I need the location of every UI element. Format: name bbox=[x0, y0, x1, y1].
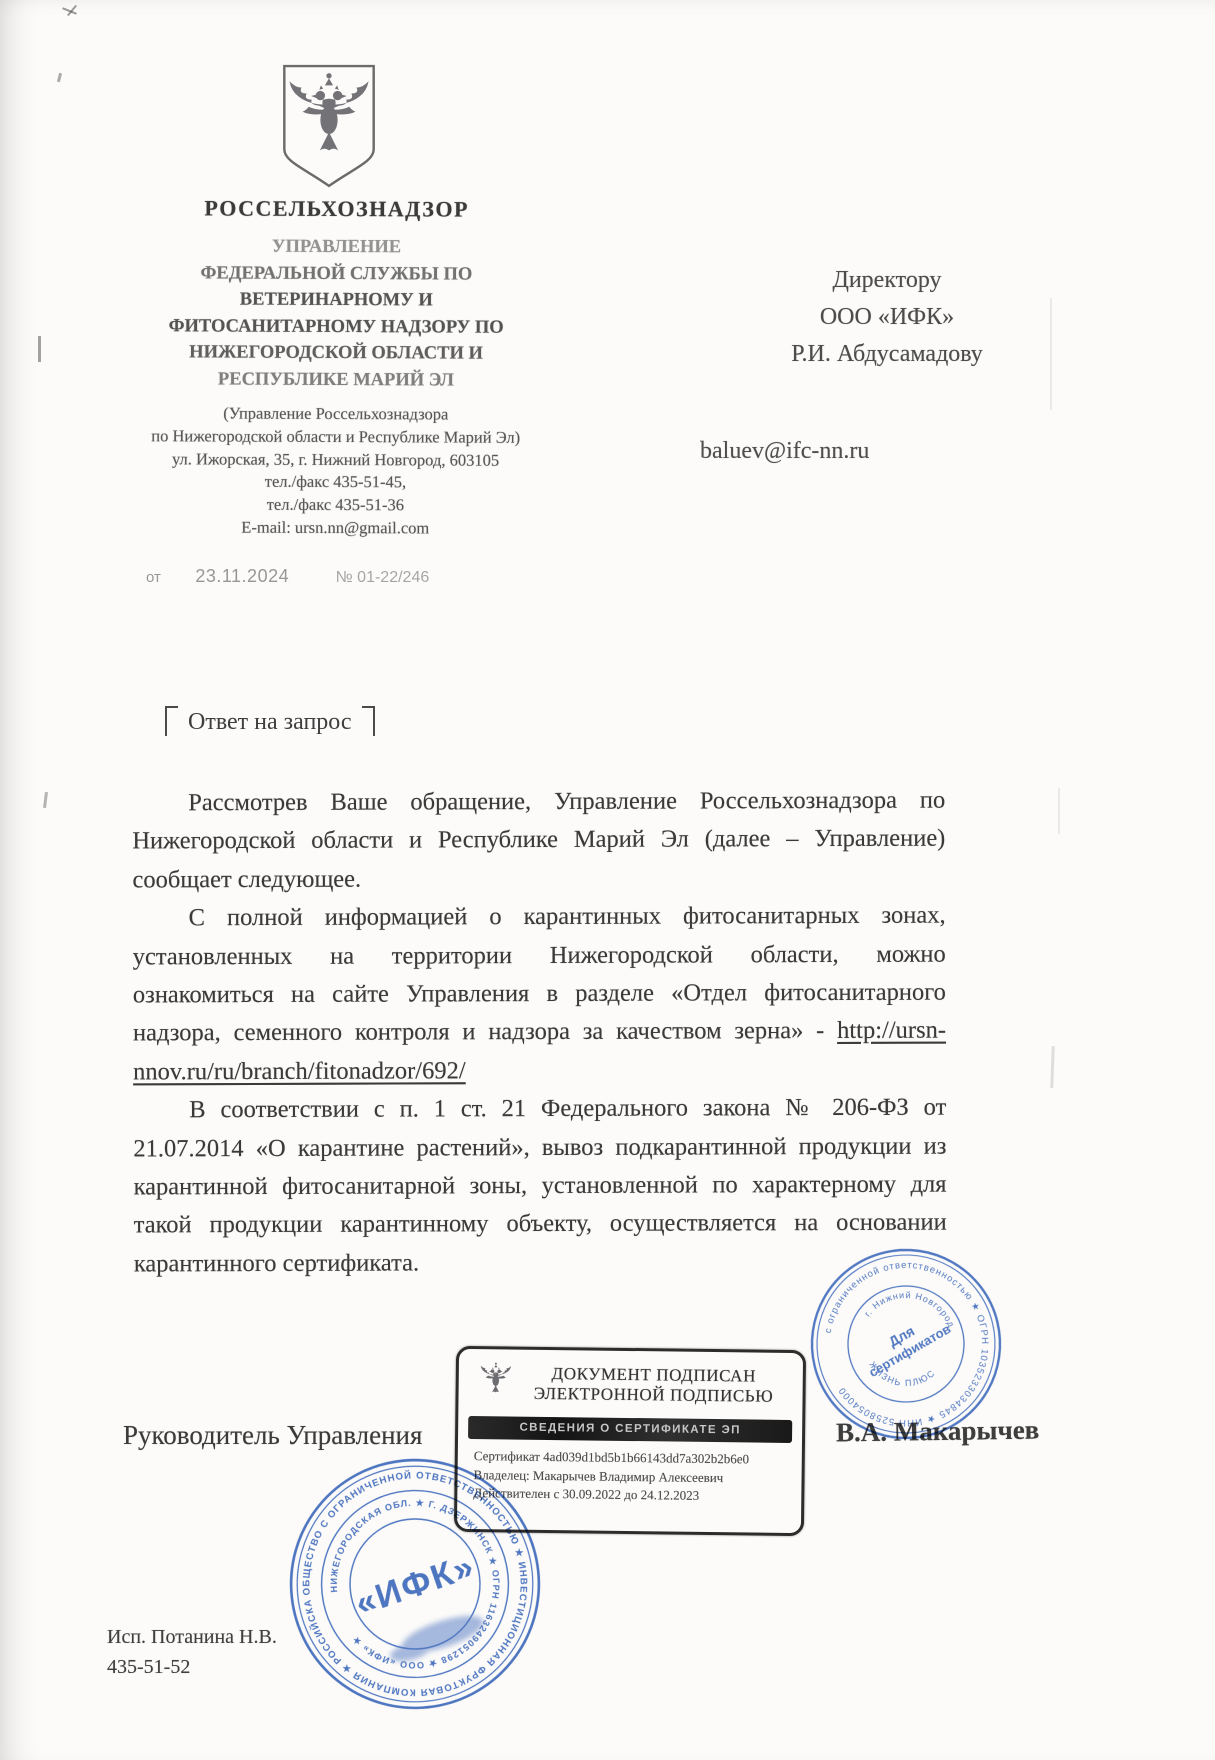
org-phone-line: тел./факс 435-51-36 bbox=[117, 493, 553, 518]
esignature-header: ДОКУМЕНТ ПОДПИСАН ЭЛЕКТРОННОЙ ПОДПИСЬЮ bbox=[458, 1349, 803, 1412]
signer-position: Руководитель Управления bbox=[123, 1420, 422, 1451]
org-line: ВЕТЕРИНАРНОМУ И bbox=[118, 286, 554, 314]
website-link[interactable]: nnov.ru/ru/branch/fitonadzor/692/ bbox=[133, 1057, 466, 1085]
coat-of-arms-eagle-icon bbox=[278, 62, 380, 192]
ref-from-label: от bbox=[146, 569, 161, 586]
org-email-line: E-mail: ursn.nn@gmail.com bbox=[117, 516, 553, 541]
executor-block: Исп. Потанина Н.В. 435-51-52 bbox=[107, 1622, 277, 1682]
org-line: ФЕДЕРАЛЬНОЙ СЛУЖБЫ ПО bbox=[118, 260, 554, 288]
website-link[interactable]: http://ursn- bbox=[837, 1017, 946, 1044]
esign-title: ДОКУМЕНТ ПОДПИСАН ЭЛЕКТРОННОЙ ПОДПИСЬЮ bbox=[516, 1363, 790, 1407]
executor-name: Исп. Потанина Н.В. bbox=[107, 1622, 277, 1652]
org-name-block: УПРАВЛЕНИЕ ФЕДЕРАЛЬНОЙ СЛУЖБЫ ПО ВЕТЕРИН… bbox=[118, 233, 555, 394]
stamp-center-company: «ИФК» bbox=[351, 1547, 481, 1623]
ref-date: 23.11.2024 bbox=[195, 566, 289, 586]
reference-line: от 23.11.2024 № 01-22/246 bbox=[146, 566, 429, 587]
body-line: установленных на территории Нижегородско… bbox=[133, 935, 946, 976]
addressee-company: ООО «ИФК» bbox=[712, 299, 1062, 336]
scan-mark bbox=[43, 792, 48, 808]
body-line: С полной информацией о карантинных фитос… bbox=[133, 897, 946, 938]
corner-bracket-left-icon bbox=[165, 706, 178, 736]
body-line: nnov.ru/ru/branch/fitonadzor/692/ bbox=[133, 1050, 946, 1091]
executor-phone: 435-51-52 bbox=[107, 1652, 277, 1682]
corner-bracket-right-icon bbox=[362, 706, 375, 736]
org-line: НИЖЕГОРОДСКОЙ ОБЛАСТИ И bbox=[118, 339, 554, 367]
scan-fold-line bbox=[1050, 298, 1052, 410]
ifk-round-stamp: ОБЩЕСТВО С ОГРАНИЧЕННОЙ ОТВЕТСТВЕННОСТЬЮ… bbox=[270, 1439, 560, 1729]
org-line: УПРАВЛЕНИЕ bbox=[118, 233, 554, 261]
ref-number: № 01-22/246 bbox=[336, 569, 430, 586]
body-line: сообщает следующее. bbox=[132, 858, 945, 899]
scanned-letter-page: РОССЕЛЬХОЗНАДЗОР УПРАВЛЕНИЕ ФЕДЕРАЛЬНОЙ … bbox=[0, 0, 1215, 1760]
body-line: карантинной фитосанитарной зоны, установ… bbox=[133, 1165, 946, 1206]
body-line-text: надзора, семенного контроля и надзора за… bbox=[133, 1017, 837, 1046]
subject-line: Ответ на запрос bbox=[165, 706, 375, 736]
addressee-email: baluev@ifc-nn.ru bbox=[700, 438, 869, 465]
letterhead: РОССЕЛЬХОЗНАДЗОР УПРАВЛЕНИЕ ФЕДЕРАЛЬНОЙ … bbox=[117, 195, 554, 541]
body-line: В соответствии с п. 1 ст. 21 Федеральног… bbox=[133, 1089, 946, 1130]
body-line: 21.07.2014 «О карантине растений», вывоз… bbox=[133, 1127, 946, 1168]
org-contacts-block: (Управление Россельхознадзора по Нижегор… bbox=[117, 402, 554, 541]
scan-fold-line bbox=[1050, 1046, 1054, 1088]
body-line: ознакомиться на сайте Управления в разде… bbox=[133, 974, 946, 1015]
scan-mark bbox=[38, 336, 41, 362]
esign-title-line2: ЭЛЕКТРОННОЙ ПОДПИСЬЮ bbox=[516, 1384, 790, 1408]
org-phone-line: тел./факс 435-51-45, bbox=[117, 470, 553, 495]
org-line: РЕСПУБЛИКЕ МАРИЙ ЭЛ bbox=[118, 366, 554, 394]
org-subtitle-line: (Управление Россельхознадзора bbox=[118, 402, 554, 427]
body-line: надзора, семенного контроля и надзора за… bbox=[133, 1012, 946, 1053]
scan-mark bbox=[57, 73, 62, 82]
addressee-block: Директору ООО «ИФК» Р.И. Абдусамадову bbox=[712, 262, 1062, 373]
org-line: ФИТОСАНИТАРНОМУ НАДЗОРУ ПО bbox=[118, 313, 554, 341]
agency-name: РОССЕЛЬХОЗНАДЗОР bbox=[119, 195, 555, 223]
org-subtitle-line: по Нижегородской области и Республике Ма… bbox=[118, 425, 554, 450]
scan-fold-line bbox=[1058, 788, 1060, 834]
cert-round-stamp: с ограниченной ответственностью ★ ОГРН 1… bbox=[793, 1231, 1019, 1457]
body-line: Рассмотрев Ваше обращение, Управление Ро… bbox=[132, 782, 945, 823]
org-address-line: ул. Ижорская, 35, г. Нижний Новгород, 60… bbox=[118, 448, 554, 473]
subject-text: Ответ на запрос bbox=[188, 709, 352, 735]
addressee-person: Р.И. Абдусамадову bbox=[712, 336, 1062, 373]
addressee-title: Директору bbox=[712, 262, 1062, 299]
esign-eagle-icon bbox=[474, 1358, 517, 1409]
letter-body: Рассмотрев Ваше обращение, Управление Ро… bbox=[132, 782, 947, 1284]
body-line: Нижегородской области и Республике Марий… bbox=[132, 820, 945, 861]
